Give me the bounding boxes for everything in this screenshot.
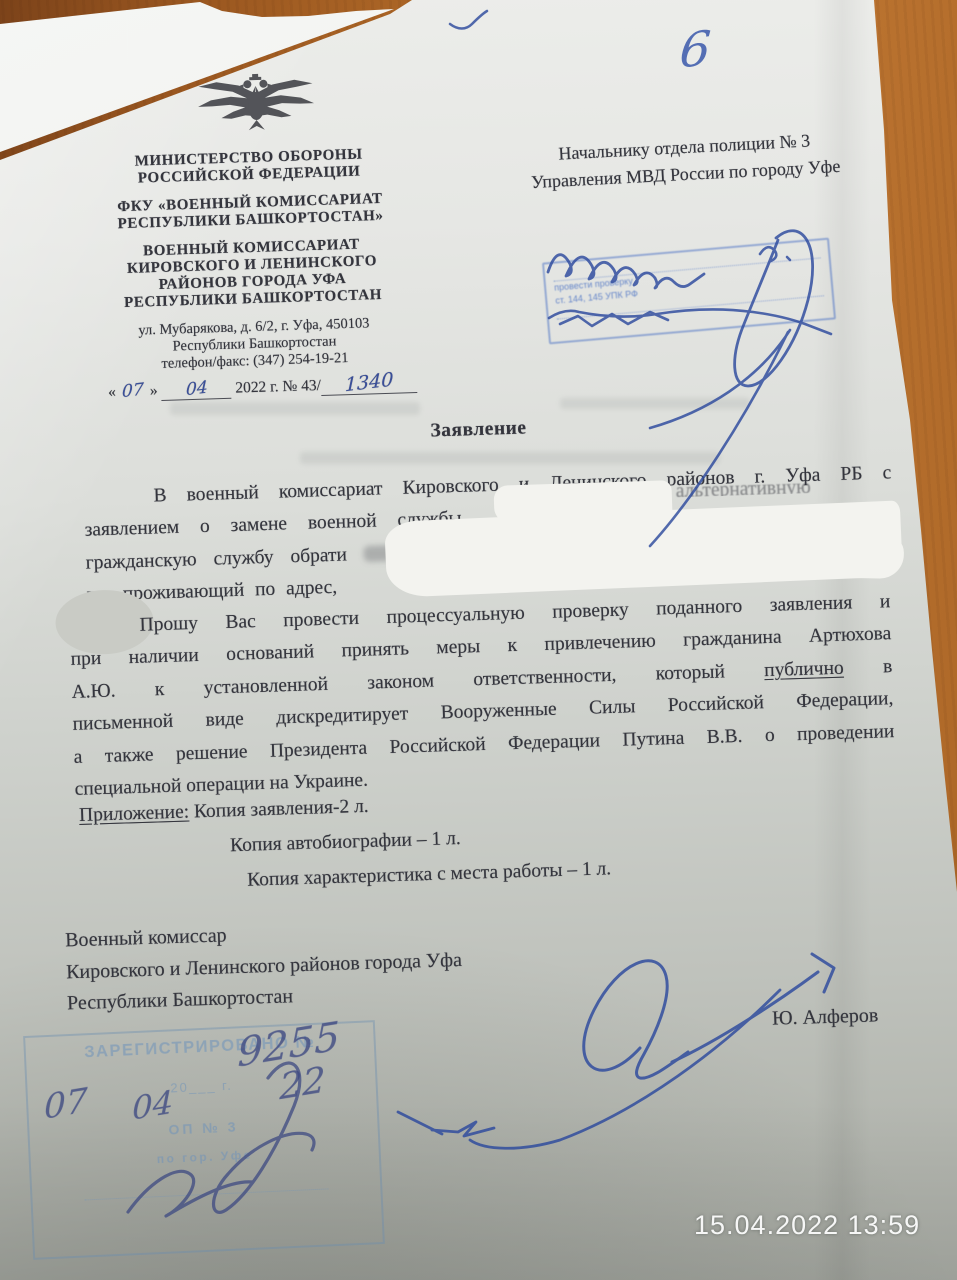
handwritten-month: 04	[185, 378, 207, 401]
handwritten-stamp-day: 07	[44, 1081, 88, 1128]
signoff-block: Военный комиссар Кировского и Ленинского…	[65, 907, 668, 1020]
camera-timestamp: 15.04.2022 13:59	[694, 1210, 920, 1241]
bleed-smudge	[170, 402, 420, 415]
letterhead: МИНИСТЕРСТВО ОБОРОНЫ РОССИЙСКОЙ ФЕДЕРАЦИ…	[48, 144, 455, 387]
handwritten-stamp-month: 04	[132, 1083, 173, 1128]
printed-year-number: 2022 г. № 43/	[235, 377, 321, 397]
paragraph-2: Прошу Вас провести процессуальную провер…	[69, 586, 896, 806]
handwritten-stamp-year: 22	[279, 1060, 325, 1108]
bleed-smudge	[300, 452, 720, 464]
reg-stamp-city: по гор. Уфе	[31, 1142, 379, 1172]
handwritten-page-number: 6	[678, 21, 713, 80]
commissariat-name: ВОЕННЫЙ КОМИССАРИАТ КИРОВСКОГО И ЛЕНИНСК…	[51, 234, 453, 315]
bleed-smudge	[560, 398, 750, 409]
redaction-blob	[751, 532, 904, 579]
handwritten-reg-number: 1340	[344, 369, 393, 397]
letterhead-address: ул. Мубарякова, д. 6/2, г. Уфа, 450103 Р…	[54, 313, 455, 377]
document-sheet: МИНИСТЕРСТВО ОБОРОНЫ РОССИЙСКОЙ ФЕДЕРАЦИ…	[0, 0, 957, 1280]
quote-close: »	[150, 382, 158, 399]
signer-name: Ю. Алферов	[772, 1004, 879, 1030]
handwritten-day: 07	[122, 380, 144, 403]
underlined-word: публично	[764, 657, 844, 680]
photo-of-document: МИНИСТЕРСТВО ОБОРОНЫ РОССИЙСКОЙ ФЕДЕРАЦИ…	[0, 0, 957, 1280]
reg-stamp-dotted-line	[85, 1188, 328, 1200]
fku-name: ФКУ «ВОЕННЫЙ КОМИССАРИАТ РЕСПУБЛИКИ БАШК…	[50, 189, 451, 236]
attachments-label: Приложение:	[79, 802, 190, 826]
registration-stamp: ЗАРЕГИСТРИРОВАНО № 20___ г. ОП № 3 по го…	[23, 1020, 385, 1260]
